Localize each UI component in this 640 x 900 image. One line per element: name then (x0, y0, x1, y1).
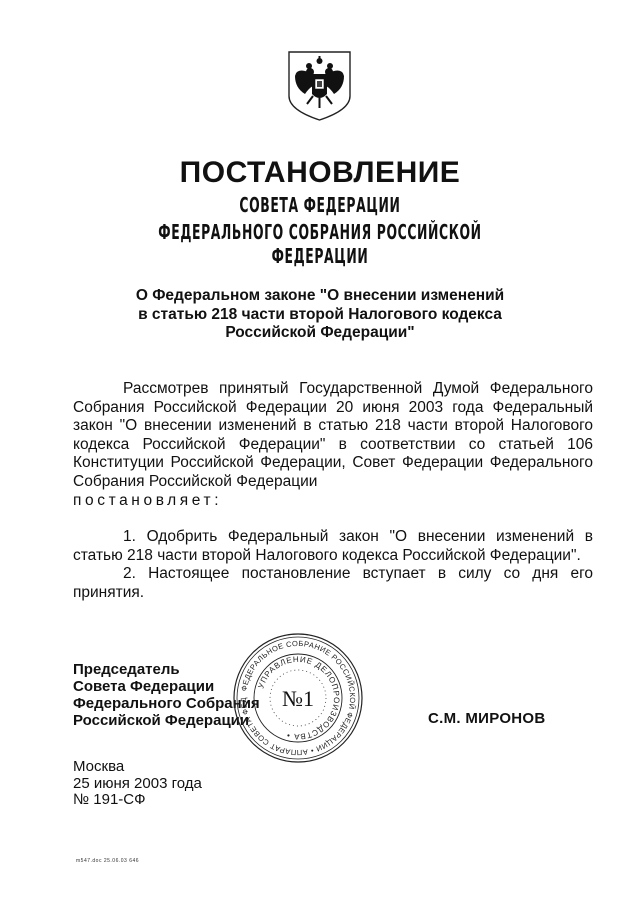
resolves-word: постановляет: (73, 492, 593, 511)
stamp-number: №1 (282, 686, 314, 711)
subject-line: Российской Федерации" (0, 324, 640, 343)
preamble-text: Рассмотрев принятый Государственной Думо… (73, 380, 593, 492)
place: Москва (73, 759, 202, 776)
issuer-line-2-text: ФЕДЕРАЛЬНОГО СОБРАНИЯ РОССИЙСКОЙ ФЕДЕРАЦ… (122, 220, 519, 268)
resolution-item: 2. Настоящее постановление вступает в си… (73, 565, 593, 602)
document-number: № 191-СФ (73, 792, 202, 809)
double-headed-eagle-icon (283, 48, 356, 122)
issuer-line-1: СОВЕТА ФЕДЕРАЦИИ (0, 193, 640, 217)
preamble-paragraph: Рассмотрев принятый Государственной Думо… (73, 380, 593, 510)
subject-line: О Федеральном законе "О внесении изменен… (0, 287, 640, 306)
resolution-subject: О Федеральном законе "О внесении изменен… (0, 287, 640, 343)
official-stamp: ФЕДЕРАЛЬНОЕ СОБРАНИЕ РОССИЙСКОЙ ФЕДЕРАЦИ… (232, 632, 364, 764)
document-title: ПОСТАНОВЛЕНИЕ (0, 156, 640, 190)
issuer-line-2: ФЕДЕРАЛЬНОГО СОБРАНИЯ РОССИЙСКОЙ ФЕДЕРАЦ… (0, 220, 640, 268)
footer-file-code: m547.doc 25.06.03 646 (76, 858, 139, 864)
round-seal-icon: ФЕДЕРАЛЬНОЕ СОБРАНИЕ РОССИЙСКОЙ ФЕДЕРАЦИ… (232, 632, 364, 764)
date: 25 июня 2003 года (73, 776, 202, 793)
resolution-items: 1. Одобрить Федеральный закон "О внесени… (73, 528, 593, 602)
resolution-item: 1. Одобрить Федеральный закон "О внесени… (73, 528, 593, 565)
issuer-line-1-text: СОВЕТА ФЕДЕРАЦИИ (239, 193, 400, 217)
place-date-number: Москва 25 июня 2003 года № 191-СФ (73, 759, 202, 809)
subject-line: в статью 218 части второй Налогового код… (0, 306, 640, 325)
coat-of-arms-emblem (283, 48, 356, 122)
signatory-name: С.М. МИРОНОВ (428, 710, 546, 727)
